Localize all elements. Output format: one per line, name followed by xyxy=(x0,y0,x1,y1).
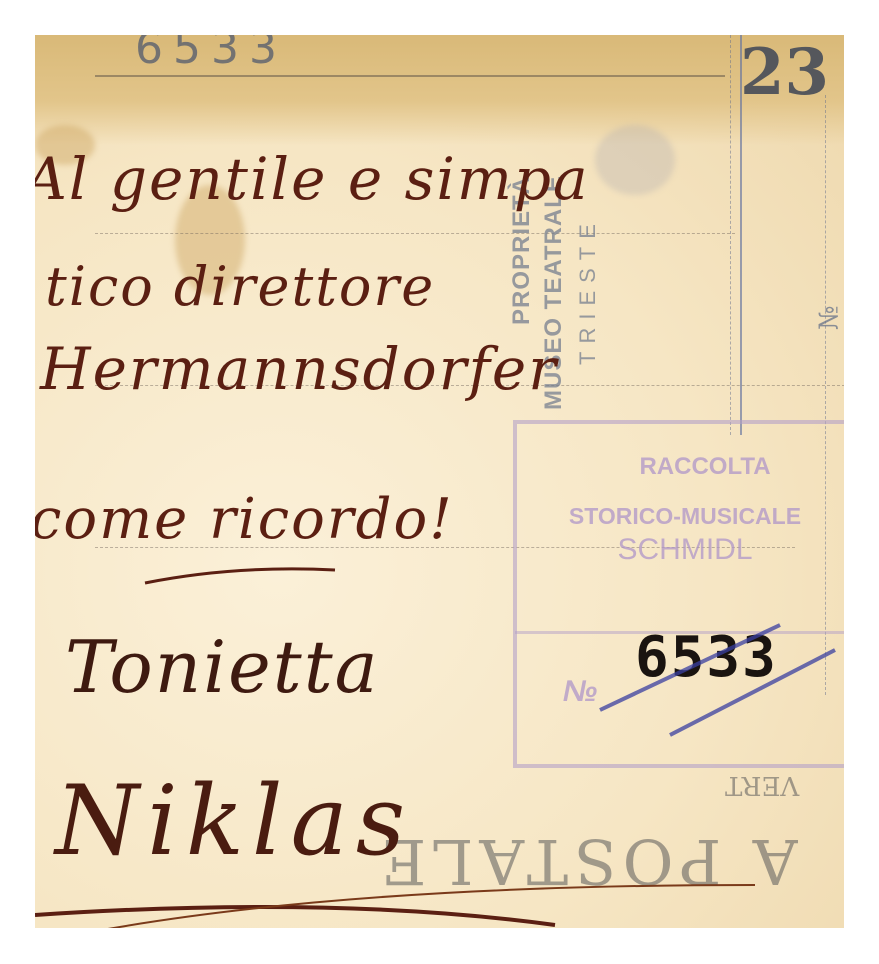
postcard: 6533 23 № PROPRIETÀ MUSEO TEATRALE TRIES… xyxy=(35,35,844,928)
pen-strokes xyxy=(35,35,844,928)
